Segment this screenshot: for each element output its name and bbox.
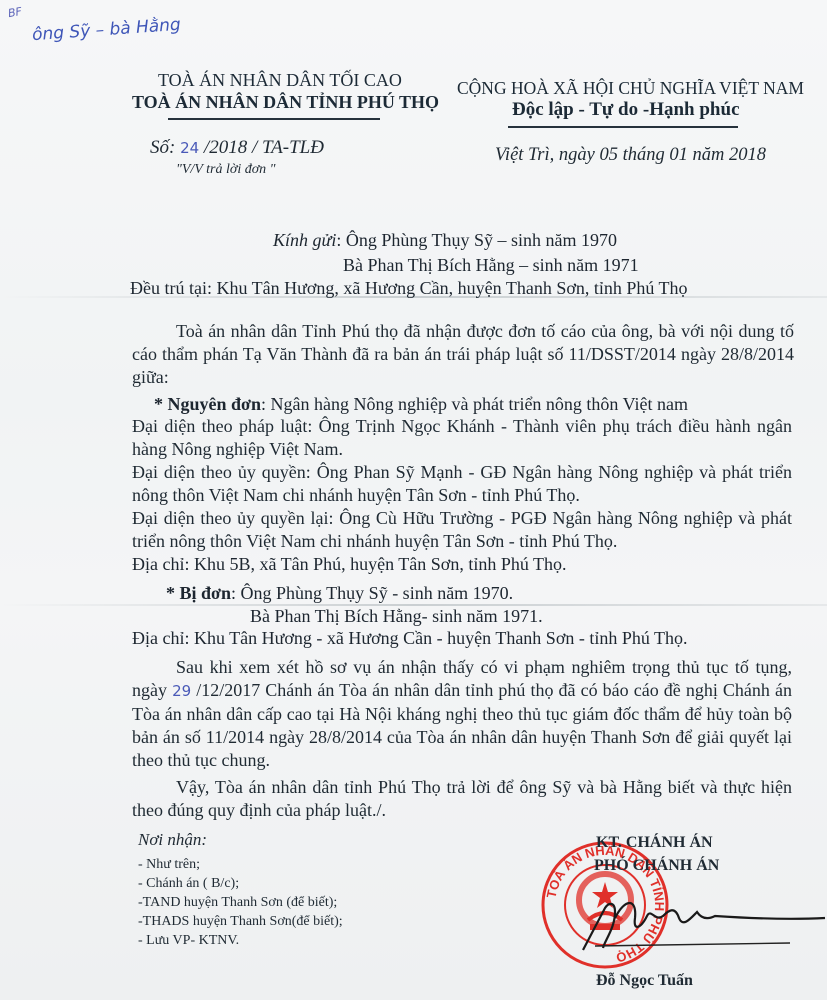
header-underline-right: [508, 126, 738, 128]
plaintiff-line: * Nguyên đơn: Ngân hàng Nông nghiệp và p…: [154, 393, 688, 415]
defendant-address: Địa chỉ: Khu Tân Hương - xã Hương Cần - …: [132, 627, 688, 649]
intro-paragraph: Toà án nhân dân Tỉnh Phú thọ đã nhận đượ…: [132, 320, 794, 389]
recipient-item: - Lưu VP- KTNV.: [138, 931, 343, 950]
finding-paragraph: Sau khi xem xét hồ sơ vụ án nhận thấy có…: [132, 656, 792, 772]
defendant-line-2: Bà Phan Thị Bích Hằng- sinh năm 1971.: [250, 605, 543, 627]
addressee-line-2: Bà Phan Thị Bích Hằng – sinh năm 1971: [343, 254, 639, 276]
handwritten-day: 29: [172, 682, 191, 700]
handwritten-corner-mark: BF: [7, 5, 23, 20]
signature-scribble-icon: [575, 888, 827, 963]
addressee-residence: Đều trú tại: Khu Tân Hương, xã Hương Cần…: [130, 277, 688, 299]
signature-title-2: PHÓ CHÁNH ÁN: [594, 857, 719, 875]
addressee-line-1: Kính gửi: Ông Phùng Thụy Sỹ – sinh năm 1…: [273, 229, 617, 251]
place-date: Việt Trì, ngày 05 tháng 01 năm 2018: [495, 145, 766, 166]
court-supreme-header: TOÀ ÁN NHÂN DÂN TỐI CAO: [158, 70, 402, 91]
court-name-header: TOÀ ÁN NHÂN DÂN TỈNH PHÚ THỌ: [132, 92, 439, 113]
recipient-item: -THADS huyện Thanh Sơn(để biết);: [138, 912, 343, 931]
defendant-line-1: * Bị đơn: Ông Phùng Thụy Sỹ - sinh năm 1…: [166, 582, 513, 604]
document-page: BF ông Sỹ – bà Hằng TOÀ ÁN NHÂN DÂN TỐI …: [0, 0, 827, 1000]
recipient-item: - Như trên;: [138, 855, 343, 874]
document-subject: "V/V trả lời đơn ": [176, 162, 276, 178]
recipients-title: Nơi nhận:: [138, 830, 207, 850]
document-number: Số: 24 /2018 / TA-TLĐ: [150, 137, 324, 159]
plaintiff-address: Địa chỉ: Khu 5B, xã Tân Phú, huyện Tân S…: [132, 553, 567, 575]
national-title: CỘNG HOÀ XÃ HỘI CHỦ NGHĨA VIỆT NAM: [457, 78, 804, 99]
handwritten-number: 24: [180, 139, 199, 157]
signature-title-1: KT. CHÁNH ÁN: [596, 834, 713, 852]
sub-authorized-representative: Đại diện theo ủy quyền lại: Ông Cù Hữu T…: [132, 507, 792, 553]
recipient-item: - Chánh án ( B/c);: [138, 874, 343, 893]
recipients-list: - Như trên; - Chánh án ( B/c); -TAND huy…: [138, 855, 343, 950]
national-motto: Độc lập - Tự do -Hạnh phúc: [512, 99, 740, 121]
header-underline-left: [168, 118, 380, 120]
authorized-representative: Đại diện theo ủy quyền: Ông Phan Sỹ Mạnh…: [132, 461, 792, 507]
recipient-item: -TAND huyện Thanh Sơn (để biết);: [138, 893, 343, 912]
legal-representative: Đại diện theo pháp luật: Ông Trịnh Ngọc …: [132, 415, 792, 461]
signer-name: Đỗ Ngọc Tuấn: [596, 972, 693, 990]
conclusion-paragraph: Vậy, Tòa án nhân dân tỉnh Phú Thọ trả lờ…: [132, 776, 792, 822]
handwritten-note: ông Sỹ – bà Hằng: [31, 15, 181, 45]
